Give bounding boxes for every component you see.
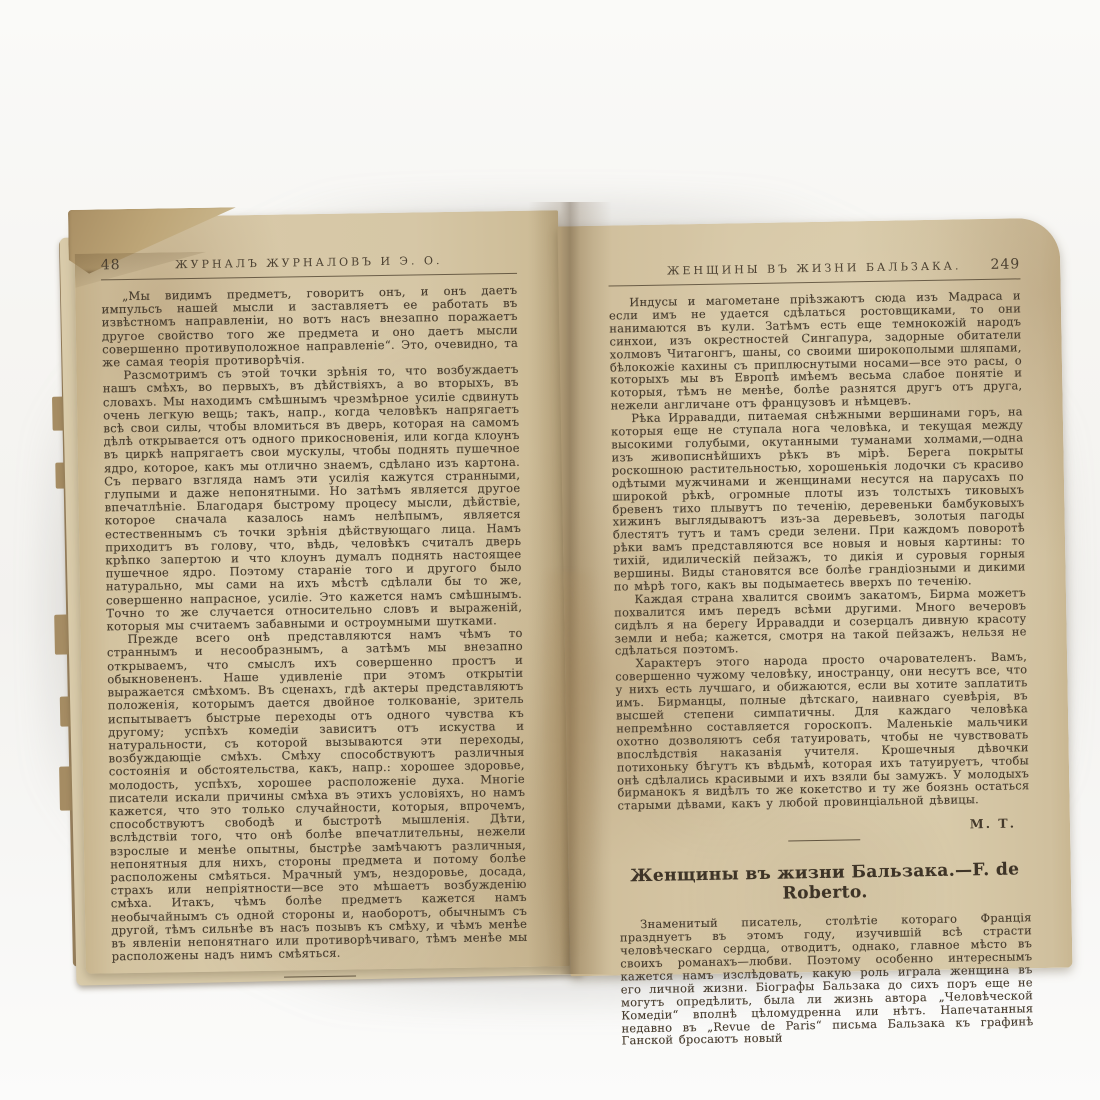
paragraph: Рѣка Ирравадди, питаемая снѣжными вершин… <box>611 406 1026 594</box>
section-end-rule-right <box>788 839 860 841</box>
header-rule-right <box>609 278 1021 286</box>
paragraph: Прежде всего онѣ представляются намъ чѣм… <box>107 627 528 964</box>
right-page-header: 249 ЖЕНЩИНЫ ВЪ ЖИЗНИ БАЛЬЗАКА. 249 <box>608 256 1020 279</box>
paragraph: Разсмотримъ съ этой точки зрѣнія то, что… <box>102 363 522 634</box>
photo-background: 48 ЖУРНАЛЪ ЖУРНАЛОВЪ И Э. О. 48 „Мы види… <box>0 0 1100 1100</box>
article-heading: Женщины въ жизни Бальзака.—F. de Roberto… <box>619 860 1032 907</box>
page-number-right: 249 <box>990 256 1020 273</box>
author-initials: М. Т. <box>618 816 1016 838</box>
paragraph: Характеръ этого народа просто очаровател… <box>615 651 1030 813</box>
right-page: 249 ЖЕНЩИНЫ ВЪ ЖИЗНИ БАЛЬЗАКА. 249 Индус… <box>557 218 1072 977</box>
left-page-header: 48 ЖУРНАЛЪ ЖУРНАЛОВЪ И Э. О. 48 <box>101 251 517 274</box>
left-page: 48 ЖУРНАЛЪ ЖУРНАЛОВЪ И Э. О. 48 „Мы види… <box>74 210 570 974</box>
running-title-right: ЖЕНЩИНЫ ВЪ ЖИЗНИ БАЛЬЗАКА. <box>638 259 991 278</box>
open-book: 48 ЖУРНАЛЪ ЖУРНАЛОВЪ И Э. О. 48 „Мы види… <box>40 192 1075 1004</box>
paragraph: Индусы и магометане пріѣзжаютъ сюда изъ … <box>609 289 1023 412</box>
paragraph: Каждая страна хвалится своимъ закатомъ, … <box>614 586 1027 658</box>
running-title-left: ЖУРНАЛЪ ЖУРНАЛОВЪ И Э. О. <box>121 253 498 272</box>
paragraph: Знаменитый писатель, столѣтіе котораго Ф… <box>620 912 1034 1048</box>
page-number-left: 48 <box>101 257 121 273</box>
paragraph: „Мы видимъ предметъ, говоритъ онъ, и онъ… <box>101 284 518 370</box>
header-rule-left <box>101 273 517 281</box>
